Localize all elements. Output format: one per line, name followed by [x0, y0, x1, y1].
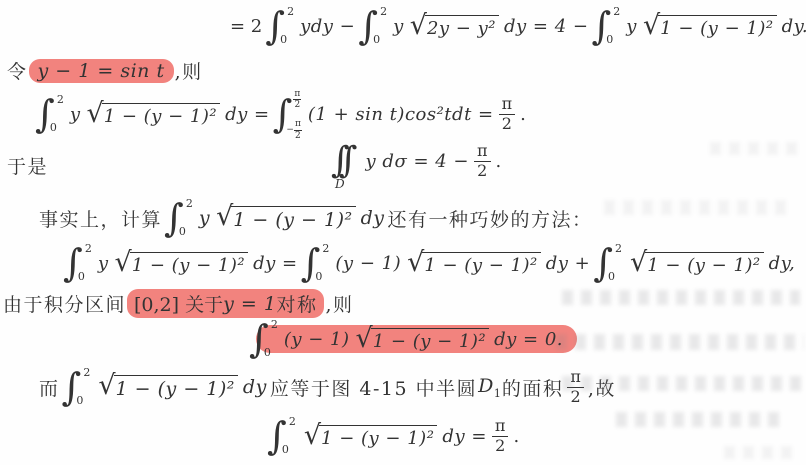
domain-label: D [335, 177, 345, 191]
numerator: π [567, 368, 584, 388]
integral-limits: 20 [315, 242, 329, 284]
numerator: π [294, 119, 302, 130]
math-text: y [626, 16, 637, 37]
integral-limits: 20 [264, 318, 278, 360]
fraction-pi-over-2: π2 [492, 417, 509, 455]
math-text: (1 + sin t)cos²tdt = [308, 104, 494, 125]
integral-limits: 20 [76, 366, 90, 408]
tiny-fraction: π2 [293, 89, 301, 111]
interval-text: [0,2] 关于 [134, 290, 223, 317]
math-text: D [478, 375, 494, 397]
lower-limit: 0 [76, 394, 90, 407]
chinese-text: 而 [39, 374, 60, 401]
upper-limit: 2 [85, 242, 92, 255]
equals-2: = 2 [230, 16, 262, 37]
formula-line-8: ∫20 (y − 1) √1 − (y − 1)² dy = 0. [248, 317, 565, 361]
upper-limit: 2 [186, 197, 193, 210]
upper-limit: 2 [380, 5, 387, 18]
math-text: (y − 1) [284, 329, 350, 350]
chinese-text: 于是 [7, 152, 48, 179]
fraction-pi-over-2: π2 [567, 368, 584, 406]
bleed-through-smudge [556, 334, 804, 350]
square-root: √1 − (y − 1)² [216, 205, 356, 231]
math-text: y dσ = 4 − [366, 151, 469, 172]
formula-line-6: ∫20 y √1 − (y − 1)² dy = ∫20 (y − 1) √1 … [62, 241, 797, 285]
math-text: dy. [782, 16, 806, 37]
integral: ∫20 [35, 92, 67, 136]
tiny-fraction: π2 [294, 119, 302, 141]
integral-limits: 20 [606, 5, 620, 47]
integral-limits: 20 [282, 415, 296, 457]
math-text: y − 1 = sin t [38, 60, 165, 82]
text-line-5: 事实上，计算 ∫20 y √1 − (y − 1)² dy 还有一种巧妙的方法： [38, 196, 594, 240]
period: . [496, 151, 502, 172]
radicand: 1 − (y − 1)² [422, 252, 540, 276]
radicand: 1 − (y − 1)² [371, 328, 489, 352]
upper-limit: 2 [83, 366, 90, 379]
denominator: 2 [570, 388, 580, 406]
integral: ∫20 [267, 414, 299, 458]
textbook-scan-page: = 2 ∫20 ydy − ∫20 y √2y − y² dy = 4 − ∫2… [0, 0, 806, 465]
chinese-text: ,则 [325, 290, 353, 317]
upper-limit: 2 [271, 318, 278, 331]
math-text: y [98, 253, 109, 274]
radicand: 2y − y² [425, 15, 499, 39]
upper-limit: 2 [613, 5, 620, 18]
upper-limit: 2 [322, 242, 329, 255]
integral-limits: 20 [280, 5, 294, 47]
lower-limit: 0 [608, 270, 622, 283]
lower-limit: 0 [50, 121, 64, 134]
double-integral: ∫∫D [331, 140, 358, 182]
upper-limit: 2 [287, 5, 294, 18]
square-root: √1 − (y − 1)² [114, 251, 248, 276]
integral: ∫20 [358, 4, 390, 48]
math-text: dy [361, 207, 385, 229]
square-root: √1 − (y − 1)² [86, 102, 220, 127]
lower-limit: 0 [78, 270, 92, 283]
bleed-through-smudge [604, 200, 794, 215]
lower-limit-minus-pi-over-2: −π2 [286, 119, 301, 141]
chinese-text: 还有一种巧妙的方法： [388, 205, 593, 232]
math-text: dy = [442, 426, 487, 447]
numerator: π [293, 89, 301, 100]
radicand: 1 − (y − 1)² [645, 252, 763, 276]
chinese-text: 由于积分区间 [3, 290, 126, 317]
radicand: 1 − (y − 1)² [319, 425, 437, 449]
integral-limits: 20 [179, 197, 193, 239]
integral: ∫20 [593, 241, 625, 285]
math-text: dy = [253, 253, 298, 274]
radicand: 1 − (y − 1)² [130, 252, 248, 276]
integral: ∫20 [591, 4, 623, 48]
integral: ∫20 [62, 365, 94, 409]
denominator: 2 [295, 131, 301, 141]
square-root: √1 − (y − 1)² [407, 251, 541, 276]
integral: ∫20 [63, 241, 95, 285]
subscript: 1 [494, 386, 501, 399]
chinese-text: 对称 [276, 290, 317, 317]
math-text: ydy − [300, 16, 355, 37]
lower-limit: 0 [282, 443, 296, 456]
math-text: dy + [546, 253, 591, 274]
square-root: √1 − (y − 1)² [630, 251, 764, 276]
minus-sign: − [286, 125, 294, 135]
upper-limit: 2 [615, 242, 622, 255]
math-text: y = 1 [223, 293, 276, 315]
highlight-symmetry: [0,2] 关于 y = 1 对称 [127, 289, 324, 318]
integral-limits: 20 [373, 5, 387, 47]
denominator: 2 [477, 162, 487, 180]
formula-line-4: ∫∫D y dσ = 4 − π2 . [330, 140, 503, 182]
highlight-substitution: y − 1 = sin t [29, 59, 174, 83]
lower-limit: 0 [179, 225, 193, 238]
denominator: 2 [295, 100, 301, 110]
chinese-text: 令 [7, 57, 28, 84]
math-text: dy [243, 376, 267, 398]
half-disk-symbol: D1 [478, 375, 501, 400]
math-text: (y − 1) [335, 253, 401, 274]
numerator: π [499, 95, 516, 115]
lower-limit: 0 [606, 33, 620, 46]
integral: ∫20 [301, 241, 333, 285]
period: . [513, 426, 519, 447]
square-root: √1 − (y − 1)² [643, 14, 777, 39]
text-line-7: 由于积分区间 [0,2] 关于 y = 1 对称 ,则 [2, 289, 355, 318]
numerator: π [492, 417, 509, 437]
formula-line-1: = 2 ∫20 ydy − ∫20 y √2y − y² dy = 4 − ∫2… [228, 4, 806, 48]
integral-glyph: ∫ [339, 140, 358, 182]
text-line-9: 而 ∫20 √1 − (y − 1)² dy 应等于图 4-15 中半圆 D1 … [38, 365, 617, 409]
text-line-4: 于是 [6, 152, 49, 179]
numerator: π [474, 142, 491, 162]
text-line-2: 令 y − 1 = sin t ,则 [6, 57, 204, 84]
chinese-text: 应等于图 4-15 中半圆 [270, 374, 477, 401]
integral-limits: 20 [608, 242, 622, 284]
formula-line-3: ∫20 y √1 − (y − 1)² dy = ∫π2−π2 (1 + sin… [34, 86, 528, 142]
square-root: √2y − y² [410, 14, 499, 39]
lower-limit: 0 [315, 270, 329, 283]
integral: ∫20 [164, 196, 196, 240]
chinese-text: ,故 [588, 374, 616, 401]
radicand: 1 − (y − 1)² [114, 375, 238, 400]
integral-limits: 20 [78, 242, 92, 284]
math-text: dy = 4 − [504, 16, 588, 37]
upper-limit: 2 [289, 415, 296, 428]
math-text: dy = [225, 104, 270, 125]
integral-limits: 20 [50, 93, 64, 135]
integral-pi-limits: ∫π2−π2 [273, 86, 305, 142]
math-text: y [393, 16, 404, 37]
fraction-pi-over-2: π2 [474, 142, 491, 180]
lower-limit: 0 [373, 33, 387, 46]
radicand: 1 − (y − 1)² [102, 103, 220, 127]
square-root: √1 − (y − 1)² [304, 424, 438, 449]
radicand: 1 − (y − 1)² [231, 206, 355, 231]
bleed-through-smudge [710, 142, 800, 155]
chinese-text: 的面积 [502, 374, 564, 401]
bleed-through-smudge [616, 412, 786, 427]
square-root: √1 − (y − 1)² [98, 374, 238, 400]
lower-limit: 0 [264, 346, 278, 359]
formula-line-10: ∫20 √1 − (y − 1)² dy = π2 . [266, 414, 521, 458]
square-root: √1 − (y − 1)² [356, 327, 490, 352]
chinese-text: ,则 [175, 57, 203, 84]
upper-limit: 2 [57, 93, 64, 106]
integral-limits: π2−π2 [286, 86, 301, 142]
lower-limit: 0 [280, 33, 294, 46]
upper-limit-pi-over-2: π2 [293, 86, 301, 111]
denominator: 2 [495, 437, 505, 455]
math-text: y [199, 207, 210, 229]
integral: ∫20 [265, 4, 297, 48]
math-text: y [70, 104, 81, 125]
integral: ∫20 [249, 317, 281, 361]
bleed-through-smudge [724, 446, 794, 459]
math-text: dy, [769, 253, 796, 274]
radicand: 1 − (y − 1)² [658, 15, 776, 39]
denominator: 2 [502, 115, 512, 133]
fraction-pi-over-2: π2 [499, 95, 516, 133]
bleed-through-smudge [562, 290, 800, 305]
period: . [520, 104, 526, 125]
math-text: dy = 0. [494, 329, 563, 350]
chinese-text: 事实上，计算 [39, 205, 162, 232]
